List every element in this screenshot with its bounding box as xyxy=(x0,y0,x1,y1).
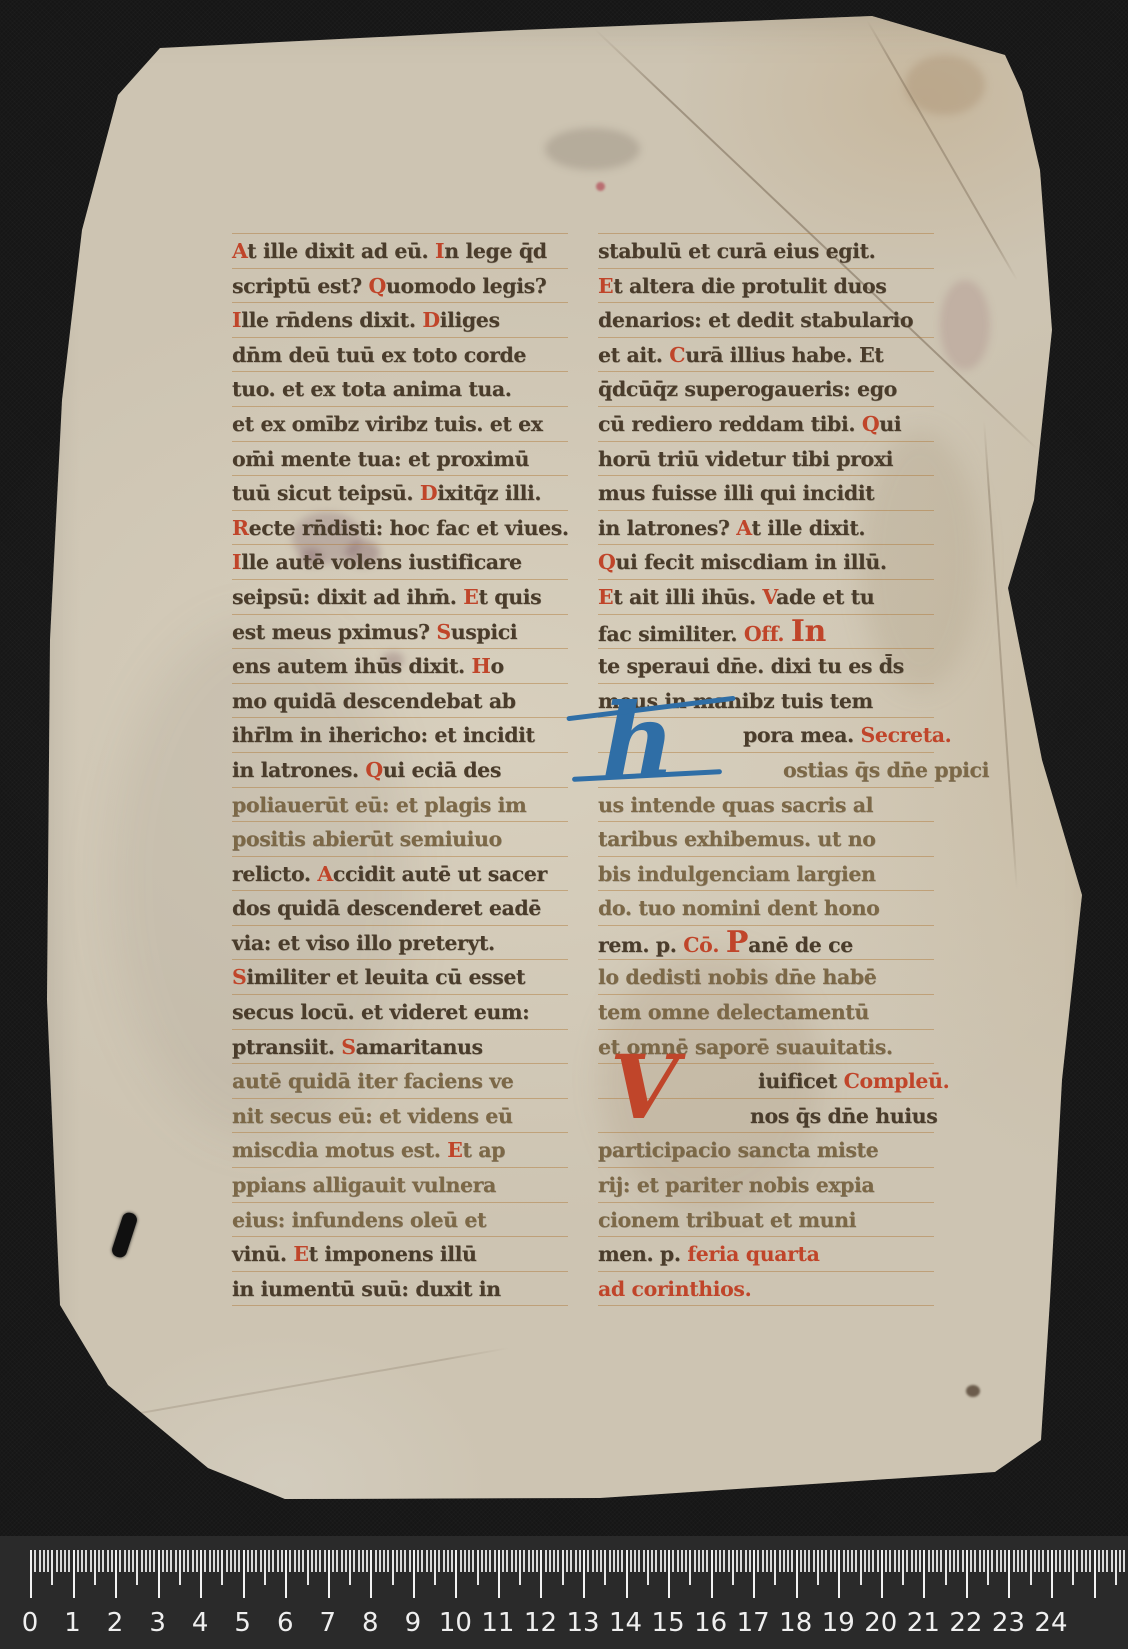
ruler-tick xyxy=(1098,1550,1100,1572)
ruler-tick xyxy=(260,1550,262,1572)
ruler-tick xyxy=(498,1550,500,1598)
manuscript-line: eius: infundens oleū et xyxy=(232,1203,568,1238)
text-segment: uomodo legis? xyxy=(386,274,546,298)
ruler-tick xyxy=(872,1550,874,1572)
ruler-tick xyxy=(362,1550,364,1572)
red-text-segment: E xyxy=(293,1242,308,1266)
ruler-tick xyxy=(226,1550,228,1572)
manuscript-line: ptransiit. Samaritanus xyxy=(232,1030,568,1065)
ruler-tick xyxy=(523,1550,525,1572)
ruler-tick xyxy=(796,1550,798,1598)
ruler-tick xyxy=(464,1550,466,1572)
ruler-tick xyxy=(694,1550,696,1572)
ruler-tick xyxy=(953,1550,955,1572)
ruler-tick xyxy=(132,1550,134,1572)
ruler-tick xyxy=(919,1550,921,1572)
ruler-tick xyxy=(294,1550,296,1572)
ruler-tick xyxy=(638,1550,640,1572)
ruler-tick xyxy=(825,1550,827,1572)
ruler-tick xyxy=(264,1550,266,1585)
text-segment xyxy=(784,622,791,646)
text-segment: rem. p. xyxy=(598,933,683,957)
ruler-tick xyxy=(962,1550,964,1572)
ruler-tick xyxy=(485,1550,487,1572)
ruler-tick xyxy=(715,1550,717,1572)
ruler-tick xyxy=(438,1550,440,1572)
manuscript-line: tuo. et ex tota anima tua. xyxy=(232,372,568,407)
ruler-tick xyxy=(366,1550,368,1572)
red-text-segment: S xyxy=(232,965,246,989)
ruler-tick xyxy=(115,1550,117,1598)
manuscript-line: mus fuisse illi qui incidit xyxy=(598,476,934,511)
ruler-tick xyxy=(1085,1550,1087,1572)
ruler-tick xyxy=(915,1550,917,1572)
ruler-tick xyxy=(698,1550,700,1572)
text-segment: positis abierūt semiuiuo xyxy=(232,827,502,851)
ruler-tick xyxy=(830,1550,832,1572)
ruler-tick xyxy=(515,1550,517,1572)
ruler-tick xyxy=(732,1550,734,1585)
ruler-tick xyxy=(600,1550,602,1572)
ruler-tick xyxy=(315,1550,317,1572)
red-text-segment: feria quarta xyxy=(687,1242,819,1266)
ruler-tick xyxy=(911,1550,913,1572)
ruler-tick xyxy=(358,1550,360,1572)
ruler-tick xyxy=(736,1550,738,1572)
ruler-tick xyxy=(804,1550,806,1572)
manuscript-line: vinū. Et imponens illū xyxy=(232,1237,568,1272)
ruler-tick xyxy=(332,1550,334,1572)
ruler-tick xyxy=(940,1550,942,1572)
text-segment: imiliter et leuita cū esset xyxy=(246,965,525,989)
ruler-tick xyxy=(102,1550,104,1572)
manuscript-line: in iumentū suū: duxit in xyxy=(232,1272,568,1307)
ruler-tick xyxy=(1102,1550,1104,1572)
ruler-tick xyxy=(677,1550,679,1572)
red-text-segment: I xyxy=(232,550,241,574)
ruler-tick xyxy=(1089,1550,1091,1572)
text-segment: lle autē volens iustificare xyxy=(241,550,522,574)
ruler-tick xyxy=(502,1550,504,1572)
text-segment: tuū sicut teipsū. xyxy=(232,481,420,505)
red-text-segment: E xyxy=(447,1138,462,1162)
red-text-segment: E xyxy=(598,585,613,609)
text-segment: nos q̄s dn̄e huius xyxy=(750,1104,937,1128)
manuscript-line: te speraui dn̄e. dixi tu es d̄s xyxy=(598,649,934,684)
ruler-tick xyxy=(298,1550,300,1572)
text-segment: n lege q̄d xyxy=(444,239,546,263)
ruler-tick xyxy=(902,1550,904,1585)
ruler-tick xyxy=(387,1550,389,1572)
manuscript-line: Ille rn̄dens dixit. Diliges xyxy=(232,303,568,338)
text-segment: lo dedisti nobis dn̄e habē xyxy=(598,965,876,989)
ruler-tick xyxy=(392,1550,394,1585)
ruler-tick xyxy=(519,1550,521,1585)
red-text-segment: A xyxy=(317,862,333,886)
ruler-tick xyxy=(94,1550,96,1585)
text-segment: amaritanus xyxy=(356,1035,483,1059)
ruler-tick xyxy=(124,1550,126,1572)
ruler-tick xyxy=(553,1550,555,1572)
manuscript-line: cionem tribuat et muni xyxy=(598,1203,934,1238)
red-text-segment: V xyxy=(762,585,776,609)
ruler-tick xyxy=(85,1550,87,1572)
manuscript-line: mo quidā descendebat ab xyxy=(232,684,568,719)
ruler-tick xyxy=(251,1550,253,1572)
ruler-tick xyxy=(217,1550,219,1572)
ruler-number: 13 xyxy=(566,1608,599,1638)
manuscript-line: do. tuo nomini dent hono xyxy=(598,891,934,926)
ruler-tick xyxy=(396,1550,398,1572)
ruler-tick xyxy=(753,1550,755,1598)
ruler-tick xyxy=(557,1550,559,1572)
text-segment: ade et tu xyxy=(776,585,874,609)
ruler-tick xyxy=(613,1550,615,1572)
red-fleck xyxy=(596,182,605,191)
ruler-tick xyxy=(285,1550,287,1598)
text-segment: ostias q̄s dn̄e ppici xyxy=(783,758,989,782)
ruler-tick xyxy=(966,1550,968,1598)
ruler-tick xyxy=(209,1550,211,1572)
manuscript-line: poliauerūt eū: et plagis im xyxy=(232,788,568,823)
redbig-text-segment: P xyxy=(726,925,748,960)
manuscript-line: om̄i mente tua: et proximū xyxy=(232,442,568,477)
manuscript-line: Qui fecit miscdiam in illū. xyxy=(598,545,934,580)
ruler-tick xyxy=(800,1550,802,1572)
ruler-tick xyxy=(1030,1550,1032,1585)
ruler-tick xyxy=(949,1550,951,1572)
text-segment: poliauerūt eū: et plagis im xyxy=(232,793,526,817)
illuminated-initial-V: V xyxy=(610,1052,678,1122)
ruler-tick xyxy=(906,1550,908,1572)
ruler-tick xyxy=(847,1550,849,1572)
manuscript-photo: At ille dixit ad eū. In lege q̄dscriptū … xyxy=(0,0,1128,1649)
ruler-number: 22 xyxy=(949,1608,982,1638)
text-segment: pora mea. xyxy=(743,723,861,747)
ruler-tick xyxy=(39,1550,41,1572)
ruler-tick xyxy=(400,1550,402,1572)
ruler-tick xyxy=(660,1550,662,1572)
ruler-tick xyxy=(898,1550,900,1572)
text-segment: ptransiit. xyxy=(232,1035,341,1059)
red-text-segment: E xyxy=(598,274,613,298)
red-text-segment: C xyxy=(669,343,685,367)
red-text-segment: A xyxy=(736,516,751,540)
manuscript-line: nit secus eū: et videns eū xyxy=(232,1099,568,1134)
red-text-segment: R xyxy=(232,516,249,540)
ruler-tick xyxy=(817,1550,819,1585)
ruler-tick xyxy=(621,1550,623,1572)
ruler-tick xyxy=(1042,1550,1044,1572)
ruler-tick xyxy=(1008,1550,1010,1598)
text-segment: in latrones. xyxy=(232,758,365,782)
red-text-segment: A xyxy=(232,239,247,263)
text-segment: miscdia motus est. xyxy=(232,1138,447,1162)
ruler-tick xyxy=(643,1550,645,1572)
ruler-number: 9 xyxy=(405,1608,422,1638)
red-text-segment: Compleū. xyxy=(844,1069,950,1093)
ruler-tick xyxy=(1115,1550,1117,1585)
ruler-tick xyxy=(56,1550,58,1572)
ruler-tick xyxy=(136,1550,138,1585)
ruler-tick xyxy=(1021,1550,1023,1572)
ruler-tick xyxy=(749,1550,751,1572)
ruler-tick xyxy=(604,1550,606,1585)
ruler-tick xyxy=(540,1550,542,1598)
ruler-tick xyxy=(404,1550,406,1572)
ruler-tick xyxy=(626,1550,628,1598)
red-text-segment: D xyxy=(420,481,437,505)
fold-crease xyxy=(983,420,1018,889)
manuscript-line: autē quidā iter faciens ve xyxy=(232,1064,568,1099)
text-segment: t ille dixit. xyxy=(751,516,865,540)
text-segment: bis indulgenciam largien xyxy=(598,862,876,886)
manuscript-line: relicto. Accidit autē ut sacer xyxy=(232,857,568,892)
text-segment: seipsū: dixit ad ihm̄. xyxy=(232,585,463,609)
text-segment: est meus pximus? xyxy=(232,620,436,644)
red-text-segment: ad corinthios. xyxy=(598,1277,751,1301)
manuscript-line: Et altera die protulit duos xyxy=(598,269,934,304)
ruler-tick xyxy=(745,1550,747,1572)
text-segment: autē quidā iter faciens ve xyxy=(232,1069,513,1093)
manuscript-leaf: At ille dixit ad eū. In lege q̄dscriptū … xyxy=(0,0,1128,1649)
ruler-tick xyxy=(107,1550,109,1572)
ruler-tick xyxy=(200,1550,202,1598)
ruler-tick xyxy=(268,1550,270,1572)
parchment-hole xyxy=(110,1211,138,1259)
manuscript-line: stabulū et curā eius egit. xyxy=(598,234,934,269)
red-text-segment: H xyxy=(472,654,491,678)
text-column-right: stabulū et curā eius egit.Et altera die … xyxy=(598,233,934,1306)
ruler-tick xyxy=(719,1550,721,1572)
ruler-tick xyxy=(409,1550,411,1572)
ruler-tick xyxy=(60,1550,62,1572)
text-segment: ecte rn̄disti: hoc fac et viues. xyxy=(249,516,569,540)
manuscript-line: fac similiter. Off. In xyxy=(598,615,934,650)
ruler-tick xyxy=(34,1550,36,1572)
text-segment: t imponens illū xyxy=(309,1242,477,1266)
ruler-tick xyxy=(923,1550,925,1598)
ruler-tick xyxy=(213,1550,215,1572)
ruler-tick xyxy=(860,1550,862,1585)
text-segment: ui eciā des xyxy=(383,758,501,782)
ruler-tick xyxy=(1076,1550,1078,1572)
redbig-text-segment: In xyxy=(791,614,826,649)
ruler-tick xyxy=(1000,1550,1002,1572)
ruler-tick xyxy=(1081,1550,1083,1572)
text-segment: t ap xyxy=(462,1138,505,1162)
ruler-tick xyxy=(791,1550,793,1572)
ruler-tick xyxy=(119,1550,121,1572)
ruler-strip: 0123456789101112131415161718192021222324 xyxy=(0,1536,1128,1649)
text-segment: tem omne delectamentū xyxy=(598,1000,869,1024)
ruler-tick xyxy=(353,1550,355,1572)
ruler-tick xyxy=(1055,1550,1057,1572)
ruler-tick xyxy=(711,1550,713,1598)
ruler-tick xyxy=(536,1550,538,1572)
ruler-tick xyxy=(864,1550,866,1572)
ruler-tick xyxy=(894,1550,896,1572)
ruler-tick xyxy=(770,1550,772,1572)
ruler-tick xyxy=(477,1550,479,1585)
text-segment: lle rn̄dens dixit. xyxy=(241,308,422,332)
manuscript-line: ppians alligauit vulnera xyxy=(232,1168,568,1203)
ruler-tick xyxy=(1047,1550,1049,1572)
red-text-segment: Cō. xyxy=(683,933,726,957)
ruler-number: 18 xyxy=(779,1608,812,1638)
manuscript-line: secus locū. et videret eum: xyxy=(232,995,568,1030)
text-segment: cū rediero reddam tibi. xyxy=(598,412,862,436)
ruler-tick xyxy=(289,1550,291,1572)
ruler-tick xyxy=(47,1550,49,1572)
ruler-tick xyxy=(370,1550,372,1598)
text-segment: om̄i mente tua: et proximū xyxy=(232,447,529,471)
ruler-tick xyxy=(991,1550,993,1572)
text-segment: tuo. et ex tota anima tua. xyxy=(232,377,512,401)
text-segment: secus locū. et videret eum: xyxy=(232,1000,529,1024)
ruler-number: 4 xyxy=(192,1608,209,1638)
ruler-tick xyxy=(98,1550,100,1572)
text-segment: denarios: et dedit stabulario xyxy=(598,308,913,332)
ruler-tick xyxy=(204,1550,206,1572)
ruler-tick xyxy=(175,1550,177,1572)
ruler-tick xyxy=(575,1550,577,1572)
ruler-tick xyxy=(489,1550,491,1572)
ruler-tick xyxy=(1004,1550,1006,1572)
ruler-tick xyxy=(243,1550,245,1598)
red-text-segment: I xyxy=(435,239,444,263)
ruler-number: 10 xyxy=(439,1608,472,1638)
ruler-tick xyxy=(170,1550,172,1572)
ruler-tick xyxy=(630,1550,632,1572)
ruler-tick xyxy=(1064,1550,1066,1572)
ruler-tick xyxy=(664,1550,666,1572)
ruler-tick xyxy=(413,1550,415,1598)
ruler-number: 2 xyxy=(107,1608,124,1638)
text-segment: do. tuo nomini dent hono xyxy=(598,896,879,920)
text-segment: et ait. xyxy=(598,343,669,367)
ruler-tick xyxy=(821,1550,823,1572)
red-text-segment: S xyxy=(436,620,450,644)
manuscript-line: seipsū: dixit ad ihm̄. Et quis xyxy=(232,580,568,615)
ruler-tick xyxy=(421,1550,423,1572)
ruler-tick xyxy=(443,1550,445,1572)
ruler-tick xyxy=(983,1550,985,1572)
ruler-number: 3 xyxy=(149,1608,166,1638)
ruler-tick xyxy=(885,1550,887,1572)
ruler-tick xyxy=(647,1550,649,1585)
ruler-tick xyxy=(247,1550,249,1572)
ruler-tick xyxy=(843,1550,845,1572)
ruler-tick xyxy=(1025,1550,1027,1572)
stain xyxy=(940,280,990,370)
manuscript-line: in latrones. Qui eciā des xyxy=(232,753,568,788)
ruler-tick xyxy=(460,1550,462,1572)
ruler-number: 5 xyxy=(234,1608,251,1638)
ruler-number: 8 xyxy=(362,1608,379,1638)
text-segment: urā illius habe. Et xyxy=(685,343,883,367)
red-text-segment: Q xyxy=(862,412,879,436)
stain xyxy=(966,1385,980,1397)
ruler-number: 16 xyxy=(694,1608,727,1638)
ruler-number: 15 xyxy=(652,1608,685,1638)
ruler-tick xyxy=(426,1550,428,1572)
text-segment: vinū. xyxy=(232,1242,293,1266)
ruler-tick xyxy=(834,1550,836,1572)
ruler-number: 21 xyxy=(907,1608,940,1638)
ruler-number: 0 xyxy=(22,1608,39,1638)
ruler-tick xyxy=(179,1550,181,1585)
manuscript-line: et ait. Curā illius habe. Et xyxy=(598,338,934,373)
ruler-number: 17 xyxy=(737,1608,770,1638)
manuscript-line: via: et viso illo preteryt. xyxy=(232,926,568,961)
manuscript-line: Et ait illi ihūs. Vade et tu xyxy=(598,580,934,615)
ruler-tick xyxy=(73,1550,75,1598)
ruler-tick xyxy=(468,1550,470,1572)
manuscript-line: lo dedisti nobis dn̄e habē xyxy=(598,960,934,995)
ruler-tick xyxy=(528,1550,530,1572)
text-segment: et ex omībz viribz tuis. et ex xyxy=(232,412,543,436)
ruler-tick xyxy=(532,1550,534,1572)
ruler-tick xyxy=(417,1550,419,1572)
text-segment: men. p. xyxy=(598,1242,687,1266)
ruler-tick xyxy=(672,1550,674,1572)
text-segment: mus fuisse illi qui incidit xyxy=(598,481,874,505)
manuscript-line: et ex omībz viribz tuis. et ex xyxy=(232,407,568,442)
ruler-tick xyxy=(447,1550,449,1572)
ruler-tick xyxy=(430,1550,432,1572)
red-text-segment: Q xyxy=(598,550,615,574)
text-segment: ui fecit miscdiam in illū. xyxy=(615,550,886,574)
red-text-segment: I xyxy=(232,308,241,332)
ruler-tick xyxy=(238,1550,240,1572)
illuminated-initial-h: h xyxy=(602,700,675,780)
ruler-tick xyxy=(149,1550,151,1572)
ruler-tick xyxy=(1106,1550,1108,1572)
ruler-tick xyxy=(681,1550,683,1572)
ruler-tick xyxy=(889,1550,891,1572)
ruler-number: 12 xyxy=(524,1608,557,1638)
text-segment: t ille dixit ad eū. xyxy=(247,239,435,263)
ruler-tick xyxy=(221,1550,223,1585)
ruler-tick xyxy=(1111,1550,1113,1572)
ruler-tick xyxy=(766,1550,768,1572)
red-text-segment: D xyxy=(422,308,439,332)
text-segment: q̄dcūq̄z superogaueris: ego xyxy=(598,377,897,401)
ruler-tick xyxy=(494,1550,496,1572)
ruler-tick xyxy=(311,1550,313,1572)
ruler-tick xyxy=(281,1550,283,1572)
ruler-tick xyxy=(783,1550,785,1572)
ruler-tick xyxy=(1094,1550,1096,1598)
ruler-tick xyxy=(307,1550,309,1585)
text-segment: mo quidā descendebat ab xyxy=(232,689,516,713)
ruler-tick xyxy=(158,1550,160,1598)
ruler-tick xyxy=(196,1550,198,1572)
manuscript-line: est meus pximus? Suspici xyxy=(232,615,568,650)
ruler-tick xyxy=(706,1550,708,1572)
text-segment: nit secus eū: et videns eū xyxy=(232,1104,512,1128)
ruler-tick xyxy=(90,1550,92,1572)
ruler-tick xyxy=(855,1550,857,1572)
ruler-tick xyxy=(774,1550,776,1585)
ruler-tick xyxy=(234,1550,236,1572)
text-segment: ui xyxy=(879,412,901,436)
ruler-tick xyxy=(877,1550,879,1572)
ruler-tick xyxy=(808,1550,810,1572)
ruler-tick xyxy=(349,1550,351,1585)
ruler-tick xyxy=(455,1550,457,1598)
